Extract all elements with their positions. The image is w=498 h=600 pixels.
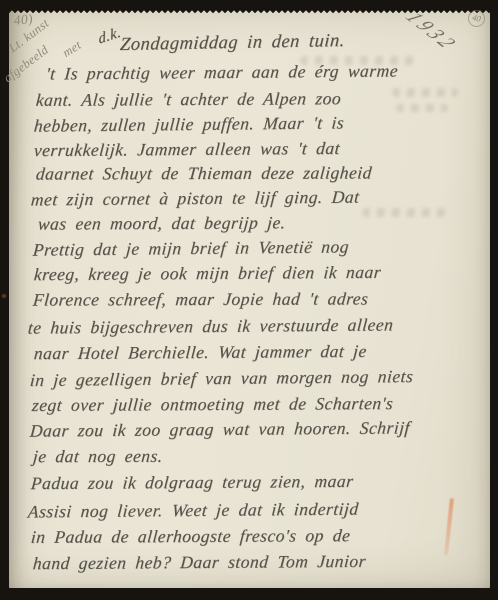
ink-bleedthrough xyxy=(392,88,458,97)
letter-line: Assisi nog liever. Weet je dat ik indert… xyxy=(27,499,359,522)
letter-line: in Padua de allerhoogste fresco's op de xyxy=(30,525,351,547)
letter-line: Prettig dat je mijn brief in Venetië nog xyxy=(32,236,350,259)
letter-line: 't Is prachtig weer maar aan de érg warm… xyxy=(45,60,399,83)
letter-heading: Zondagmiddag in den tuin. xyxy=(119,31,345,55)
letter-line: Padua zou ik dolgraag terug zien, maar xyxy=(30,471,354,493)
letter-line: met zijn cornet à piston te lijf ging. D… xyxy=(30,187,360,210)
letter-line: zegt over jullie ontmoeting met de Schar… xyxy=(31,393,394,415)
scan-background: 40) Lt. kunst afgebeeld met d.k. 1932 40… xyxy=(0,0,498,600)
letter-line: te huis bijgeschreven dus ik verstuurde … xyxy=(27,314,394,337)
ink-bleedthrough xyxy=(362,208,446,217)
letter-line: Daar zou ik zoo graag wat van hooren. Sc… xyxy=(29,417,411,440)
ink-bleedthrough xyxy=(396,104,448,112)
letter-line: hand gezien heb? Daar stond Tom Junior xyxy=(32,551,367,573)
letter-line: kreeg, kreeg je ook mijn brief dien ik n… xyxy=(33,262,382,284)
letter-line: Florence schreef, maar Jopie had 't adre… xyxy=(32,288,369,309)
letter-line: in je gezelligen brief van van morgen no… xyxy=(29,366,414,390)
letter-line: was een moord, dat begrijp je. xyxy=(37,212,286,233)
letter-line: kant. Als jullie 't achter de Alpen zoo xyxy=(35,88,342,110)
letter-line: verrukkelijk. Jammer alleen was 't dat xyxy=(33,138,341,160)
red-speck xyxy=(2,294,6,298)
letter-line: naar Hotel Berchielle. Wat jammer dat je xyxy=(33,341,367,363)
letter-line: daarnet Schuyt de Thieman deze zaligheid xyxy=(35,162,373,183)
letter-line: hebben, zullen jullie puffen. Maar 't is xyxy=(33,112,345,135)
letter-line: je dat nog eens. xyxy=(32,446,164,466)
